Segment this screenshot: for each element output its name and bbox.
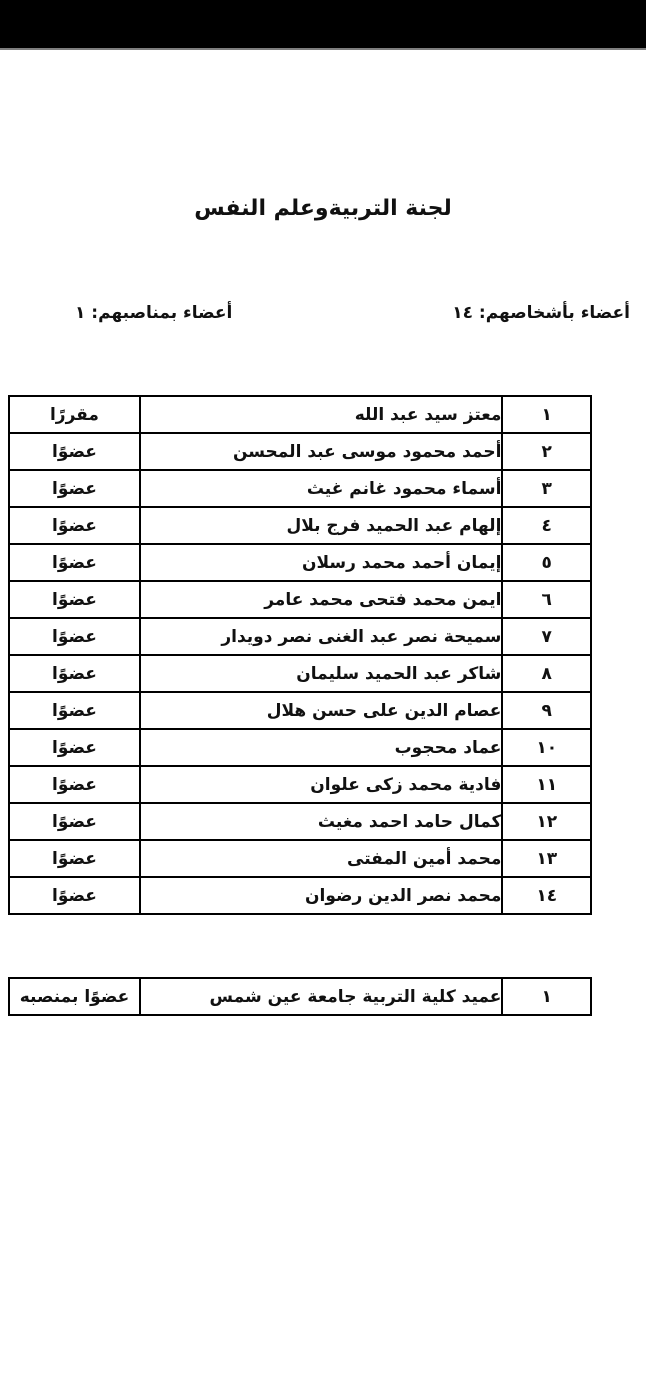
member-role-cell: عضوًا [9,581,140,618]
member-role-cell: عضوًا [9,729,140,766]
table-row: ٧سميحة نصر عبد الغنى نصر دويدارعضوًا [9,618,591,655]
member-number-cell: ١١ [502,766,591,803]
member-name-cell: سميحة نصر عبد الغنى نصر دويدار [140,618,502,655]
member-number-cell: ٩ [502,692,591,729]
table-row: ٦ايمن محمد فتحى محمد عامرعضوًا [9,581,591,618]
member-name-cell: محمد أمين المفتى [140,840,502,877]
table-row: ١٠عماد محجوبعضوًا [9,729,591,766]
member-name-cell: إيمان أحمد محمد رسلان [140,544,502,581]
member-role-cell: عضوًا [9,544,140,581]
table-row: ١٤محمد نصر الدين رضوانعضوًا [9,877,591,914]
member-number-cell: ٦ [502,581,591,618]
table-row: ١٣محمد أمين المفتىعضوًا [9,840,591,877]
table-row: ٨شاكر عبد الحميد سليمانعضوًا [9,655,591,692]
member-name-cell: عصام الدين على حسن هلال [140,692,502,729]
table-row: ٥إيمان أحمد محمد رسلانعضوًا [9,544,591,581]
table-row: ١عميد كلية التربية جامعة عين شمسعضوًا بم… [9,978,591,1015]
member-name-cell: إلهام عبد الحميد فرج بلال [140,507,502,544]
member-number-cell: ١٠ [502,729,591,766]
document-page: { "page": { "title": "لجنة التربيةوعلم ا… [0,0,646,1400]
members-table-body: ١معتز سيد عبد اللهمقررًا٢أحمد محمود موسى… [9,396,591,914]
table-row: ٩عصام الدين على حسن هلالعضوًا [9,692,591,729]
member-role-cell: عضوًا [9,433,140,470]
members-by-person-count-label: أعضاء بأشخاصهم: ١٤ [452,303,630,323]
member-number-cell: ١٢ [502,803,591,840]
member-role-cell: عضوًا [9,692,140,729]
table-row: ١معتز سيد عبد اللهمقررًا [9,396,591,433]
member-number-cell: ١٣ [502,840,591,877]
members-table: ١معتز سيد عبد اللهمقررًا٢أحمد محمود موسى… [8,395,592,915]
page-title: لجنة التربيةوعلم النفس [0,196,646,221]
member-number-cell: ١٤ [502,877,591,914]
member-role-cell: عضوًا بمنصبه [9,978,140,1015]
member-name-cell: أسماء محمود غانم غيث [140,470,502,507]
members-by-position-count-label: أعضاء بمناصبهم: ١ [75,303,232,323]
member-role-cell: مقررًا [9,396,140,433]
member-role-cell: عضوًا [9,803,140,840]
member-name-cell: ايمن محمد فتحى محمد عامر [140,581,502,618]
member-number-cell: ٨ [502,655,591,692]
member-name-cell: أحمد محمود موسى عبد المحسن [140,433,502,470]
position-members-table: ١عميد كلية التربية جامعة عين شمسعضوًا بم… [8,977,592,1016]
member-role-cell: عضوًا [9,507,140,544]
position-table-body: ١عميد كلية التربية جامعة عين شمسعضوًا بم… [9,978,591,1015]
member-number-cell: ١ [502,978,591,1015]
member-number-cell: ٧ [502,618,591,655]
table-row: ٣أسماء محمود غانم غيثعضوًا [9,470,591,507]
member-name-cell: معتز سيد عبد الله [140,396,502,433]
member-role-cell: عضوًا [9,840,140,877]
member-name-cell: كمال حامد احمد مغيث [140,803,502,840]
member-number-cell: ٣ [502,470,591,507]
member-role-cell: عضوًا [9,877,140,914]
member-number-cell: ١ [502,396,591,433]
member-name-cell: عميد كلية التربية جامعة عين شمس [140,978,502,1015]
table-row: ٢أحمد محمود موسى عبد المحسنعضوًا [9,433,591,470]
table-row: ١٢كمال حامد احمد مغيثعضوًا [9,803,591,840]
member-role-cell: عضوًا [9,618,140,655]
top-black-bar [0,0,646,50]
member-name-cell: شاكر عبد الحميد سليمان [140,655,502,692]
member-number-cell: ٥ [502,544,591,581]
member-name-cell: عماد محجوب [140,729,502,766]
member-number-cell: ٤ [502,507,591,544]
table-row: ٤إلهام عبد الحميد فرج بلالعضوًا [9,507,591,544]
member-name-cell: محمد نصر الدين رضوان [140,877,502,914]
member-role-cell: عضوًا [9,766,140,803]
member-number-cell: ٢ [502,433,591,470]
member-role-cell: عضوًا [9,470,140,507]
member-role-cell: عضوًا [9,655,140,692]
count-headers: أعضاء بأشخاصهم: ١٤ أعضاء بمناصبهم: ١ [0,303,646,329]
member-name-cell: فادية محمد زكى علوان [140,766,502,803]
table-row: ١١فادية محمد زكى علوانعضوًا [9,766,591,803]
